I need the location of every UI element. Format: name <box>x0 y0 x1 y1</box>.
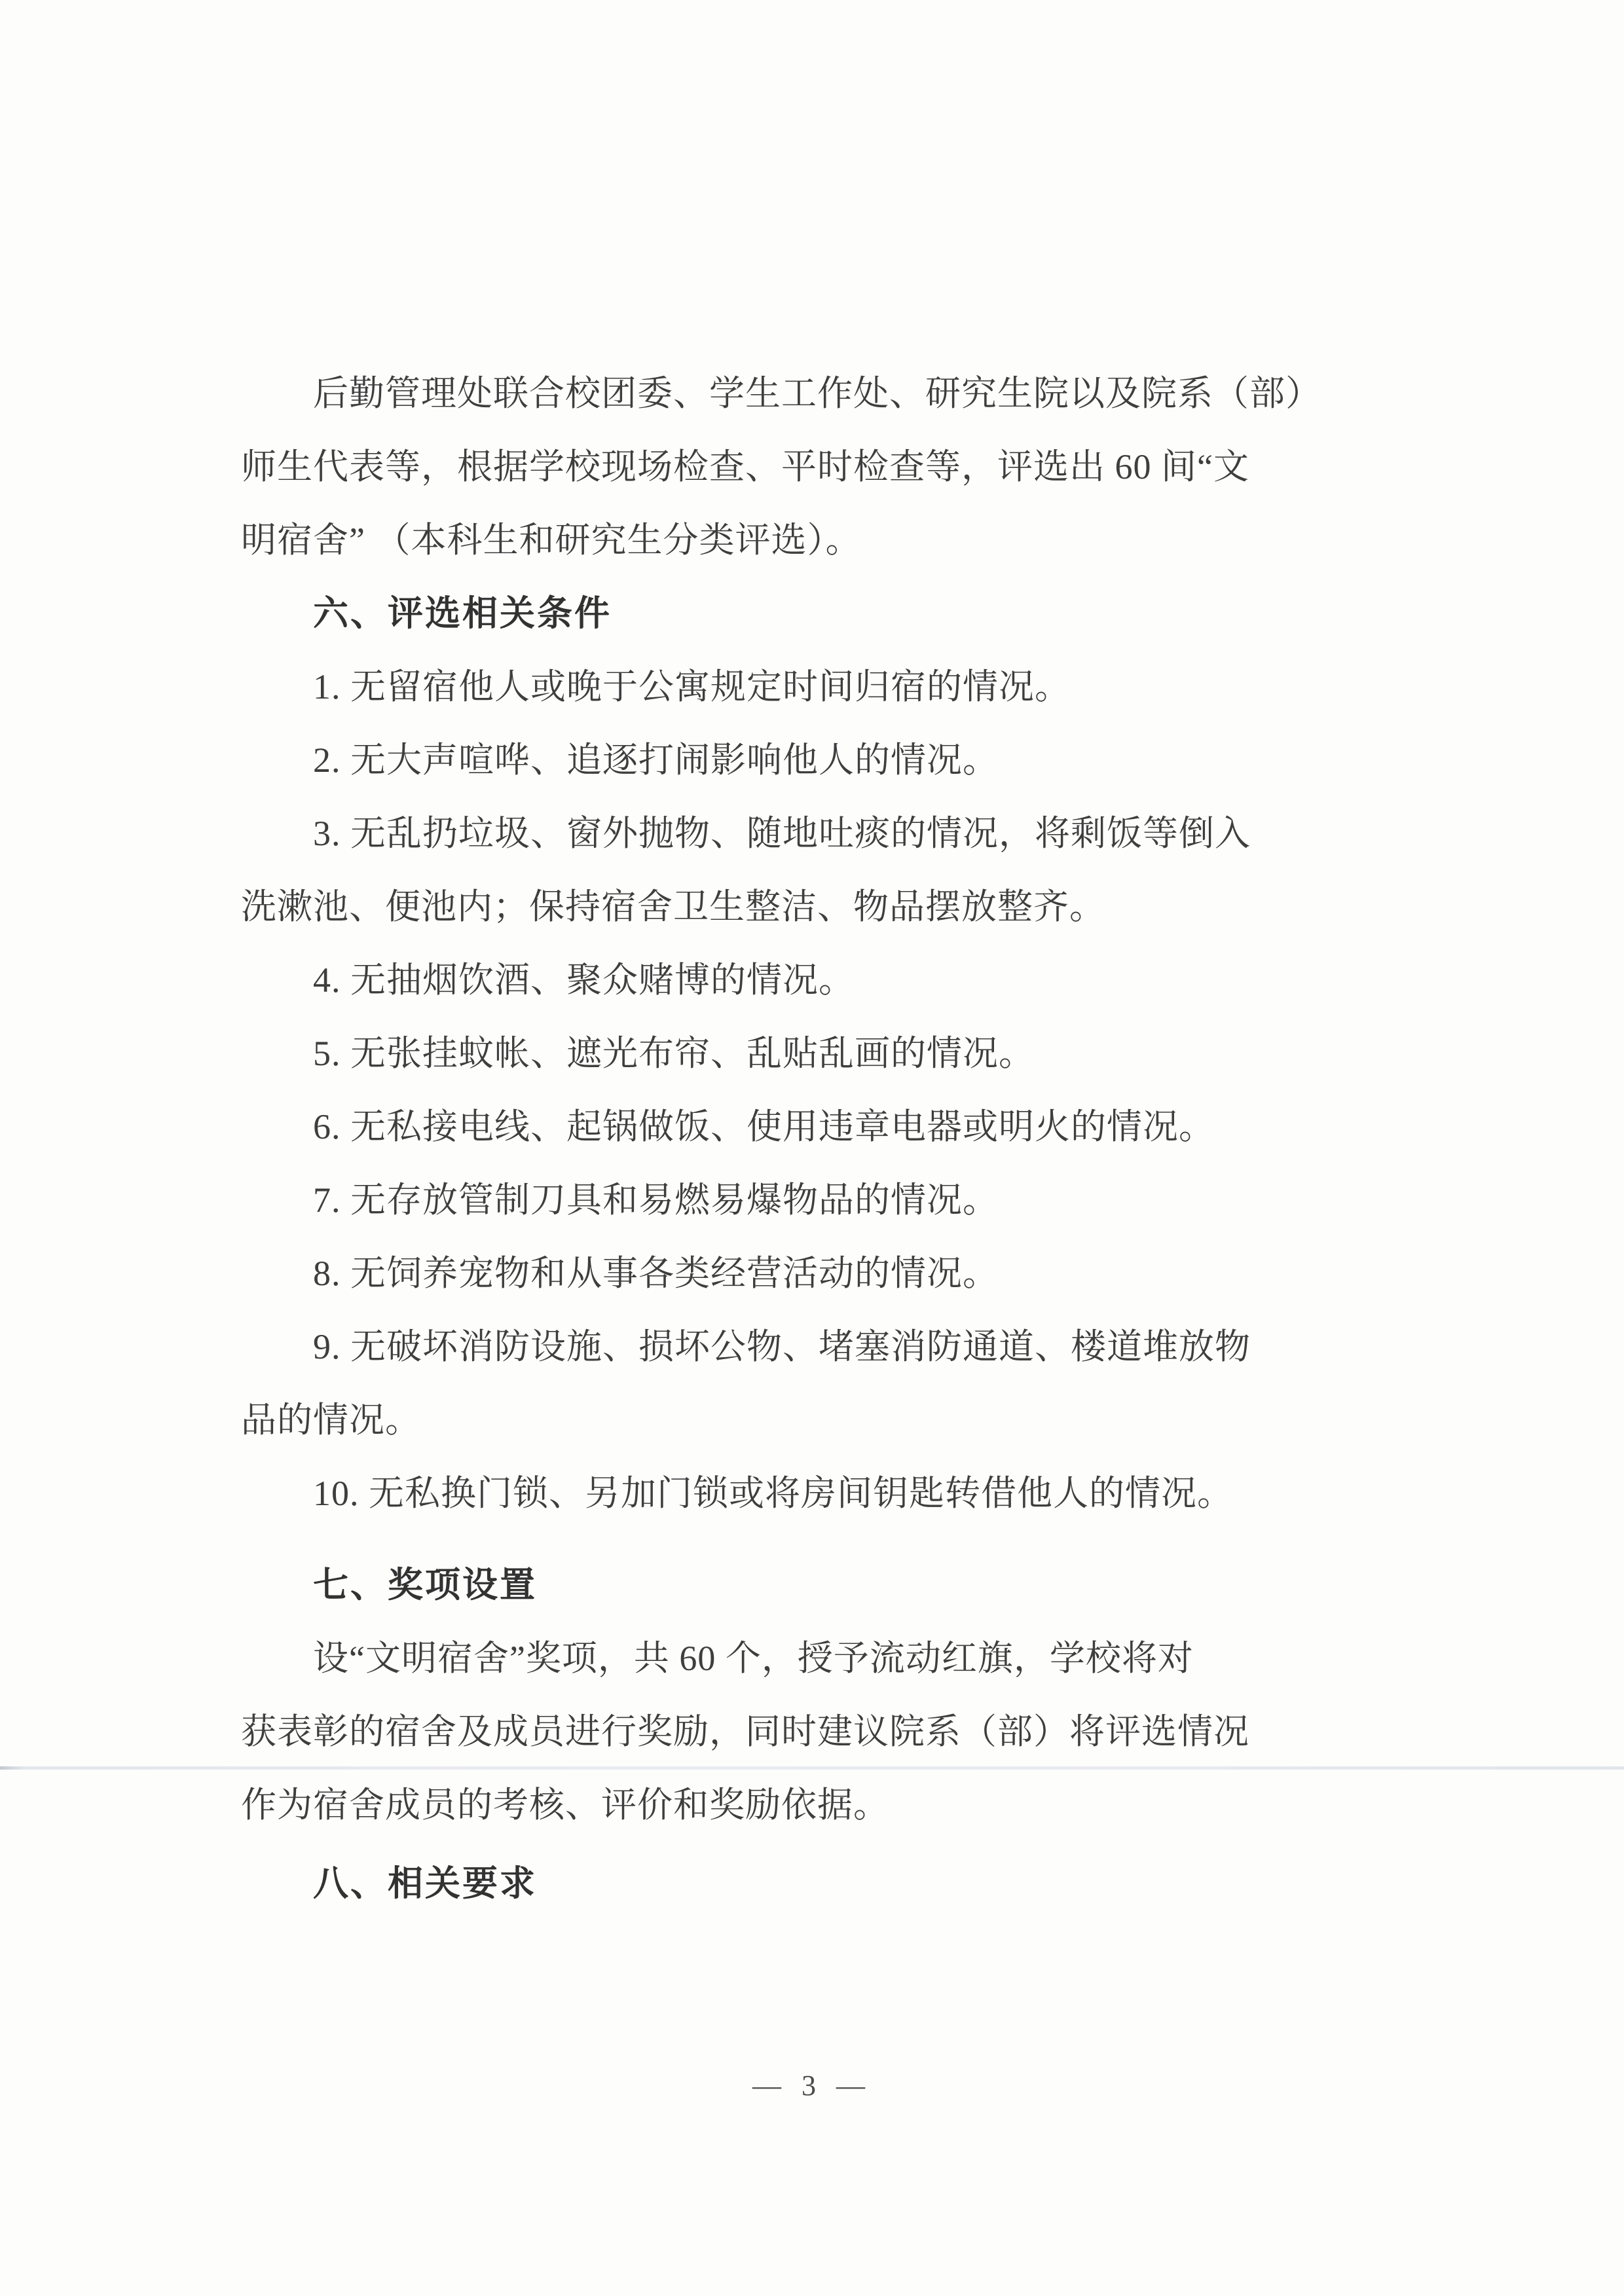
paragraph-line: 师生代表等，根据学校现场检查、平时检查等，评选出 60 间“文 <box>241 430 1386 503</box>
list-item-8: 8. 无饲养宠物和从事各类经营活动的情况。 <box>241 1237 1386 1310</box>
list-item-2: 2. 无大声喧哗、追逐打闹影响他人的情况。 <box>241 723 1386 797</box>
paragraph-line: 作为宿舍成员的考核、评价和奖励依据。 <box>241 1768 1386 1842</box>
list-item-1: 1. 无留宿他人或晚于公寓规定时间归宿的情况。 <box>241 650 1386 723</box>
list-item-5: 5. 无张挂蚊帐、遮光布帘、乱贴乱画的情况。 <box>241 1017 1386 1090</box>
section-heading-eight: 八、相关要求 <box>241 1847 1386 1920</box>
list-item-6: 6. 无私接电线、起锅做饭、使用违章电器或明火的情况。 <box>241 1090 1386 1163</box>
paragraph-line: 设“文明宿舍”奖项，共 60 个，授予流动红旗，学校将对 <box>241 1622 1386 1695</box>
paragraph-line: 明宿舍” （本科生和研究生分类评选）。 <box>241 503 1386 577</box>
paragraph-line: 后勤管理处联合校团委、学生工作处、研究生院以及院系（部） <box>241 357 1386 430</box>
scan-fold-artifact <box>0 1766 1624 1770</box>
section-heading-six: 六、评选相关条件 <box>241 577 1386 650</box>
list-item-3: 3. 无乱扔垃圾、窗外抛物、随地吐痰的情况，将剩饭等倒入 <box>241 797 1386 870</box>
scanned-document-page: 后勤管理处联合校团委、学生工作处、研究生院以及院系（部） 师生代表等，根据学校现… <box>0 0 1624 2296</box>
list-item-9: 9. 无破坏消防设施、损坏公物、堵塞消防通道、楼道堆放物 <box>241 1310 1386 1383</box>
list-item-9-continued: 品的情况。 <box>241 1383 1386 1457</box>
list-item-10: 10. 无私换门锁、另加门锁或将房间钥匙转借他人的情况。 <box>241 1457 1386 1530</box>
paragraph-line: 获表彰的宿舍及成员进行奖励，同时建议院系（部）将评选情况 <box>241 1695 1386 1768</box>
page-number: — 3 — <box>0 2069 1624 2102</box>
list-item-7: 7. 无存放管制刀具和易燃易爆物品的情况。 <box>241 1163 1386 1237</box>
list-item-3-continued: 洗漱池、便池内；保持宿舍卫生整洁、物品摆放整齐。 <box>241 870 1386 943</box>
list-item-4: 4. 无抽烟饮酒、聚众赌博的情况。 <box>241 943 1386 1017</box>
document-body: 后勤管理处联合校团委、学生工作处、研究生院以及院系（部） 师生代表等，根据学校现… <box>241 357 1386 1920</box>
section-heading-seven: 七、奖项设置 <box>241 1548 1386 1622</box>
